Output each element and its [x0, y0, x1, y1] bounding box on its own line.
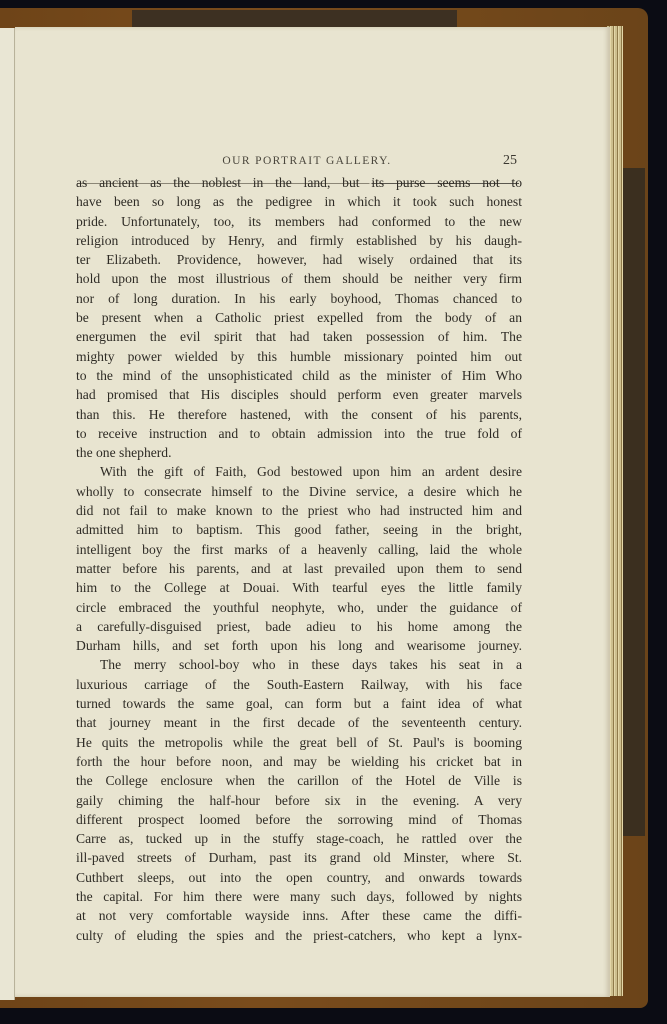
text-line: Durham hills, and set forth upon his lon…: [76, 636, 522, 655]
text-line: a carefully-disguised priest, bade adieu…: [76, 617, 522, 636]
text-line: energumen the evil spirit that had taken…: [76, 327, 522, 346]
text-line: mighty power wielded by this humble miss…: [76, 347, 522, 366]
text-line: hold upon the most illustrious of them s…: [76, 269, 522, 288]
text-line: intelligent boy the first marks of a hea…: [76, 540, 522, 559]
body-text: as ancient as the noblest in the land, b…: [76, 173, 522, 945]
text-line: turned towards the same goal, can form b…: [76, 694, 522, 713]
text-line: had promised that His disciples should p…: [76, 385, 522, 404]
text-line: as ancient as the noblest in the land, b…: [76, 173, 522, 192]
text-line: have been so long as the pedigree in whi…: [76, 192, 522, 211]
text-line: to the mind of the unsophisticated child…: [76, 366, 522, 385]
text-line: be present when a Catholic priest expell…: [76, 308, 522, 327]
text-line: the capital. For him there were many suc…: [76, 887, 522, 906]
text-line: admitted him to baptism. This good fathe…: [76, 520, 522, 539]
text-line: circle embraced the youthful neophyte, w…: [76, 598, 522, 617]
book-page: OUR PORTRAIT GALLERY. 25 as ancient as t…: [15, 27, 610, 997]
book-cover-cloth-edge: [623, 168, 645, 836]
text-line: ter Elizabeth. Providence, however, had …: [76, 250, 522, 269]
text-line: matter before his parents, and at last p…: [76, 559, 522, 578]
text-line: luxurious carriage of the South-Eastern …: [76, 675, 522, 694]
text-line: culty of eluding the spies and the pries…: [76, 926, 522, 945]
text-line: The merry school-boy who in these days t…: [76, 655, 522, 674]
running-title: OUR PORTRAIT GALLERY.: [207, 155, 407, 167]
text-line: Carre as, tucked up in the stuffy stage-…: [76, 829, 522, 848]
text-line: wholly to consecrate himself to the Divi…: [76, 482, 522, 501]
text-line: than this. He therefore hastened, with t…: [76, 405, 522, 424]
text-line: pride. Unfortunately, too, its members h…: [76, 212, 522, 231]
text-line: that journey meant in the first decade o…: [76, 713, 522, 732]
text-line: He quits the metropolis while the great …: [76, 733, 522, 752]
text-line: different prospect loomed before the sor…: [76, 810, 522, 829]
text-line: nor of long duration. In his early boyho…: [76, 289, 522, 308]
text-line: to receive instruction and to obtain adm…: [76, 424, 522, 443]
text-line: forth the hour before noon, and may be w…: [76, 752, 522, 771]
page-number: 25: [503, 153, 517, 169]
text-line: at not very comfortable wayside inns. Af…: [76, 906, 522, 925]
text-line: the one shepherd.: [76, 443, 522, 462]
text-line: him to the College at Douai. With tearfu…: [76, 578, 522, 597]
text-line: Cuthbert sleeps, out into the open count…: [76, 868, 522, 887]
text-line: gaily chiming the half-hour before six i…: [76, 791, 522, 810]
text-line: did not fail to make known to the priest…: [76, 501, 522, 520]
text-line: the College enclosure when the carillon …: [76, 771, 522, 790]
text-line: ill-paved streets of Durham, past its gr…: [76, 848, 522, 867]
text-line: religion introduced by Henry, and firmly…: [76, 231, 522, 250]
text-line: With the gift of Faith, God bestowed upo…: [76, 462, 522, 481]
left-page-edge: [0, 28, 15, 1000]
running-head: OUR PORTRAIT GALLERY. 25: [15, 155, 610, 171]
